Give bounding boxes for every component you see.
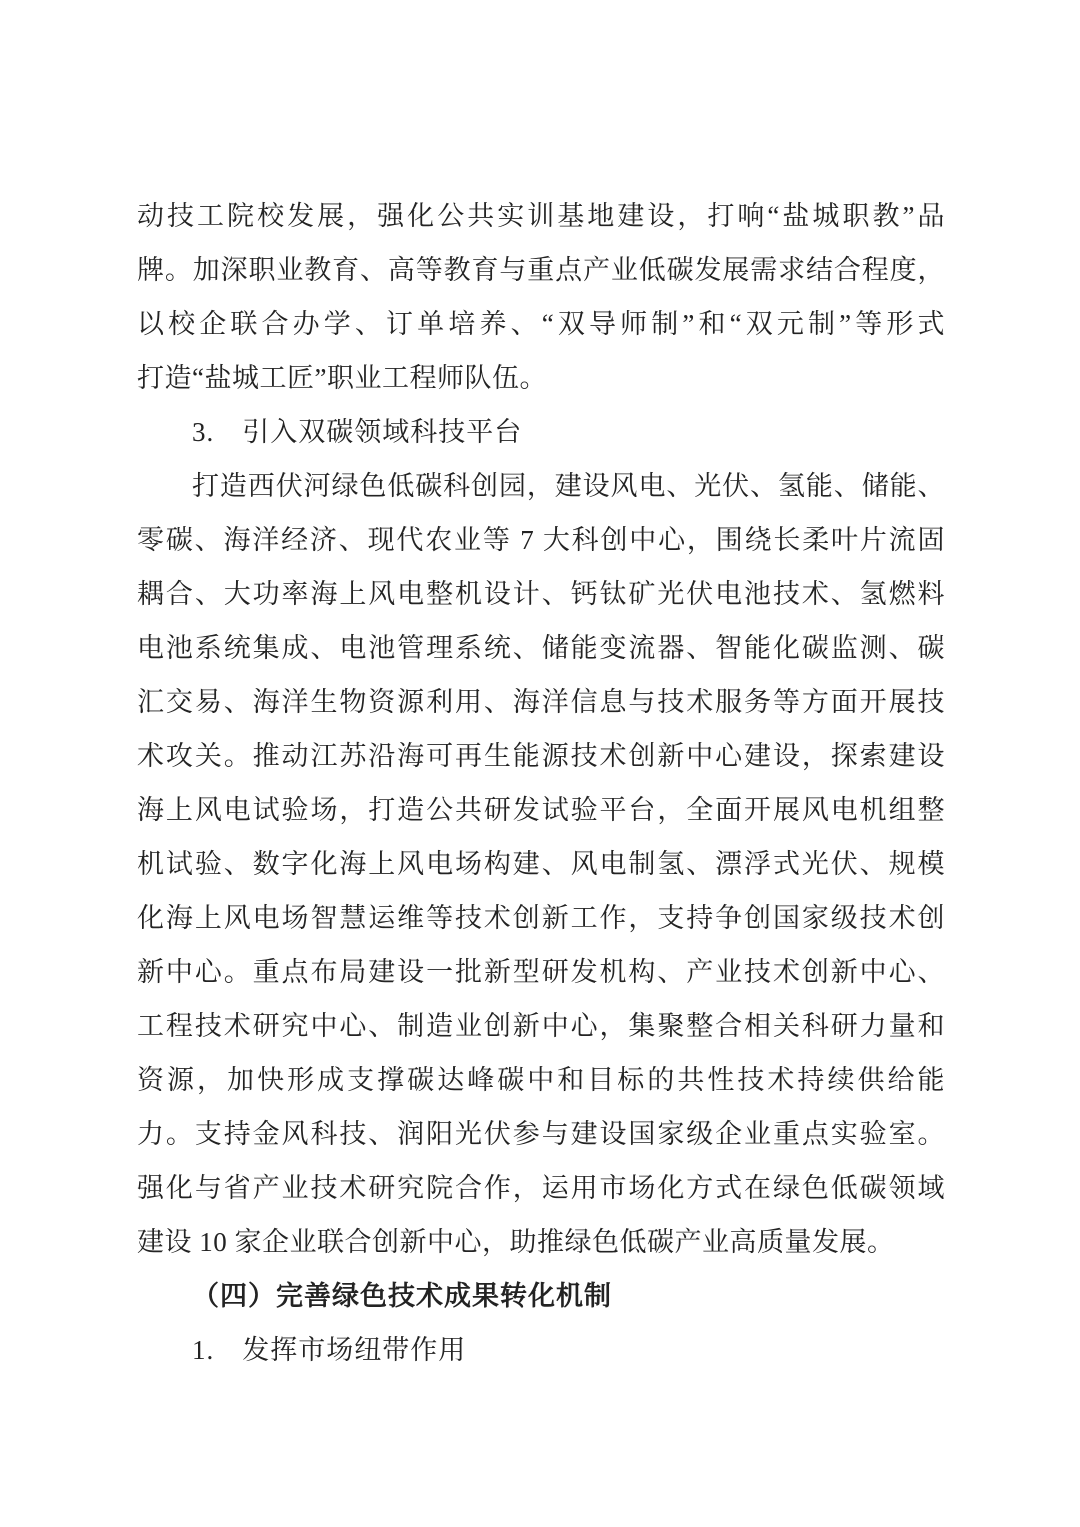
text-line: 机试验、数字化海上风电场构建、风电制氢、漂浮式光伏、规模 [137,837,945,891]
subsection-heading-3: 3. 引入双碳领域科技平台 [137,405,945,459]
text-line: 力。支持金风科技、润阳光伏参与建设国家级企业重点实验室。 [137,1107,945,1161]
text-line: 海上风电试验场，打造公共研发试验平台，全面开展风电机组整 [137,783,945,837]
text-line: 牌。加深职业教育、高等教育与重点产业低碳发展需求结合程度， [137,243,945,297]
document-text-block: 动技工院校发展，强化公共实训基地建设，打响“盐城职教”品 牌。加深职业教育、高等… [137,189,945,1377]
text-line: 电池系统集成、电池管理系统、储能变流器、智能化碳监测、碳 [137,621,945,675]
text-line-paragraph-end: 建设 10 家企业联合创新中心，助推绿色低碳产业高质量发展。 [137,1215,945,1269]
text-line: 强化与省产业技术研究院合作，运用市场化方式在绿色低碳领域 [137,1161,945,1215]
text-line: 资源，加快形成支撑碳达峰碳中和目标的共性技术持续供给能 [137,1053,945,1107]
text-line: 汇交易、海洋生物资源利用、海洋信息与技术服务等方面开展技 [137,675,945,729]
document-page: 动技工院校发展，强化公共实训基地建设，打响“盐城职教”品 牌。加深职业教育、高等… [0,0,1080,1527]
text-line: 零碳、海洋经济、现代农业等 7 大科创中心，围绕长柔叶片流固 [137,513,945,567]
section-heading-4: （四）完善绿色技术成果转化机制 [137,1269,945,1323]
text-line: 以校企联合办学、订单培养、“双导师制”和“双元制”等形式 [137,297,945,351]
subsection-heading-1: 1. 发挥市场纽带作用 [137,1323,945,1377]
text-line: 术攻关。推动江苏沿海可再生能源技术创新中心建设，探索建设 [137,729,945,783]
text-line: 新中心。重点布局建设一批新型研发机构、产业技术创新中心、 [137,945,945,999]
text-line: 耦合、大功率海上风电整机设计、钙钛矿光伏电池技术、氢燃料 [137,567,945,621]
text-line: 工程技术研究中心、制造业创新中心，集聚整合相关科研力量和 [137,999,945,1053]
text-line-paragraph-end: 打造“盐城工匠”职业工程师队伍。 [137,351,945,405]
text-line-paragraph-start: 打造西伏河绿色低碳科创园，建设风电、光伏、氢能、储能、 [137,459,945,513]
text-line: 化海上风电场智慧运维等技术创新工作，支持争创国家级技术创 [137,891,945,945]
text-line: 动技工院校发展，强化公共实训基地建设，打响“盐城职教”品 [137,189,945,243]
